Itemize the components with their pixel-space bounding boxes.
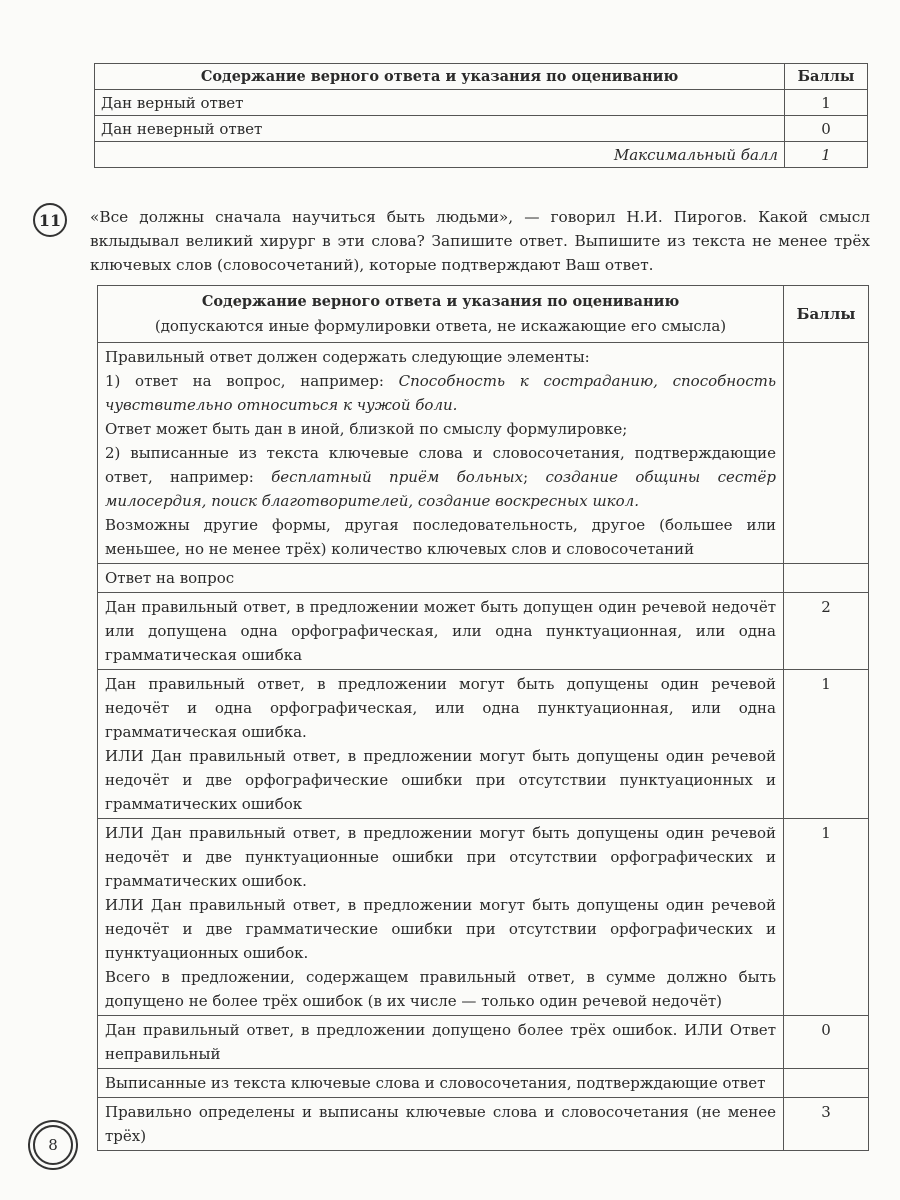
row-points: 3 <box>784 1098 869 1151</box>
table-row: Дан неверный ответ 0 <box>95 116 868 142</box>
criteria-intro-row: Правильный ответ должен содержать следую… <box>98 343 869 564</box>
header-title: Содержание верного ответа и указания по … <box>105 290 776 314</box>
intro-text: 1) ответ на вопрос, например: <box>105 372 399 390</box>
row-text: Дан неверный ответ <box>95 116 785 142</box>
row-paragraph: Дан правильный ответ, в предложении допу… <box>105 1018 776 1066</box>
scoring-table-previous: Содержание верного ответа и указания по … <box>94 63 868 168</box>
row-text: Дан правильный ответ, в предложении допу… <box>98 1016 784 1069</box>
max-score-value: 1 <box>785 142 868 168</box>
row-text: ИЛИ Дан правильный ответ, в предложении … <box>98 819 784 1016</box>
table-row: Дан верный ответ 1 <box>95 90 868 116</box>
table-row: Дан правильный ответ, в предложении може… <box>98 593 869 670</box>
row-paragraph: Правильно определены и выписаны ключевые… <box>105 1100 776 1148</box>
row-paragraph: ИЛИ Дан правильный ответ, в предложении … <box>105 744 776 816</box>
header-content: Содержание верного ответа и указания по … <box>95 64 785 90</box>
header-points: Баллы <box>785 64 868 90</box>
max-score-label: Максимальный балл <box>95 142 785 168</box>
page-number-badge: 8 <box>33 1125 73 1165</box>
intro-line: 1) ответ на вопрос, например: Способност… <box>105 369 776 417</box>
header-subtitle: (допускаются иные формулировки ответа, н… <box>105 314 776 338</box>
row-paragraph: Всего в предложении, содержащем правильн… <box>105 965 776 1013</box>
table-header-row: Содержание верного ответа и указания по … <box>95 64 868 90</box>
row-points: 2 <box>784 593 869 670</box>
intro-separator: ; <box>523 468 545 486</box>
keyword-criteria-rows: Правильно определены и выписаны ключевые… <box>98 1098 869 1151</box>
row-text: Дан правильный ответ, в предложении могу… <box>98 670 784 819</box>
section-label: Ответ на вопрос <box>98 564 784 593</box>
table-row: Дан правильный ответ, в предложении могу… <box>98 670 869 819</box>
row-points: 1 <box>785 90 868 116</box>
row-text: Правильно определены и выписаны ключевые… <box>98 1098 784 1151</box>
header-points: Баллы <box>784 286 869 343</box>
table-row: ИЛИ Дан правильный ответ, в предложении … <box>98 819 869 1016</box>
table-header-row: Содержание верного ответа и указания по … <box>98 286 869 343</box>
section-row: Ответ на вопрос <box>98 564 869 593</box>
header-content: Содержание верного ответа и указания по … <box>98 286 784 343</box>
row-points <box>784 564 869 593</box>
row-paragraph: ИЛИ Дан правильный ответ, в предложении … <box>105 821 776 893</box>
row-text: Дан верный ответ <box>95 90 785 116</box>
answer-criteria-rows: Дан правильный ответ, в предложении може… <box>98 593 869 1069</box>
table-row: Правильно определены и выписаны ключевые… <box>98 1098 869 1151</box>
intro-example: бесплатный приём больных <box>271 468 523 486</box>
row-points: 0 <box>784 1016 869 1069</box>
table-row: Дан правильный ответ, в предложении допу… <box>98 1016 869 1069</box>
intro-line: Ответ может быть дан в иной, близкой по … <box>105 417 776 441</box>
task-question: «Все должны сначала научиться быть людьм… <box>90 205 870 277</box>
row-points: 1 <box>784 670 869 819</box>
document-page: Содержание верного ответа и указания по … <box>0 0 900 1200</box>
row-paragraph: Дан правильный ответ, в предложении могу… <box>105 672 776 744</box>
row-points: 1 <box>784 819 869 1016</box>
max-score-row: Максимальный балл 1 <box>95 142 868 168</box>
row-points <box>784 1069 869 1098</box>
scoring-table-task-11: Содержание верного ответа и указания по … <box>97 285 869 1151</box>
task-number-badge: 11 <box>33 203 67 237</box>
intro-line: 2) выписанные из текста ключевые слова и… <box>105 441 776 513</box>
row-paragraph: ИЛИ Дан правильный ответ, в предложении … <box>105 893 776 965</box>
section-label: Выписанные из текста ключевые слова и сл… <box>98 1069 784 1098</box>
row-paragraph: Дан правильный ответ, в предложении може… <box>105 595 776 667</box>
intro-line: Возможны другие формы, другая последоват… <box>105 513 776 561</box>
criteria-intro: Правильный ответ должен содержать следую… <box>98 343 784 564</box>
intro-line: Правильный ответ должен содержать следую… <box>105 345 776 369</box>
section-row: Выписанные из текста ключевые слова и сл… <box>98 1069 869 1098</box>
row-text: Дан правильный ответ, в предложении може… <box>98 593 784 670</box>
row-points <box>784 343 869 564</box>
row-points: 0 <box>785 116 868 142</box>
